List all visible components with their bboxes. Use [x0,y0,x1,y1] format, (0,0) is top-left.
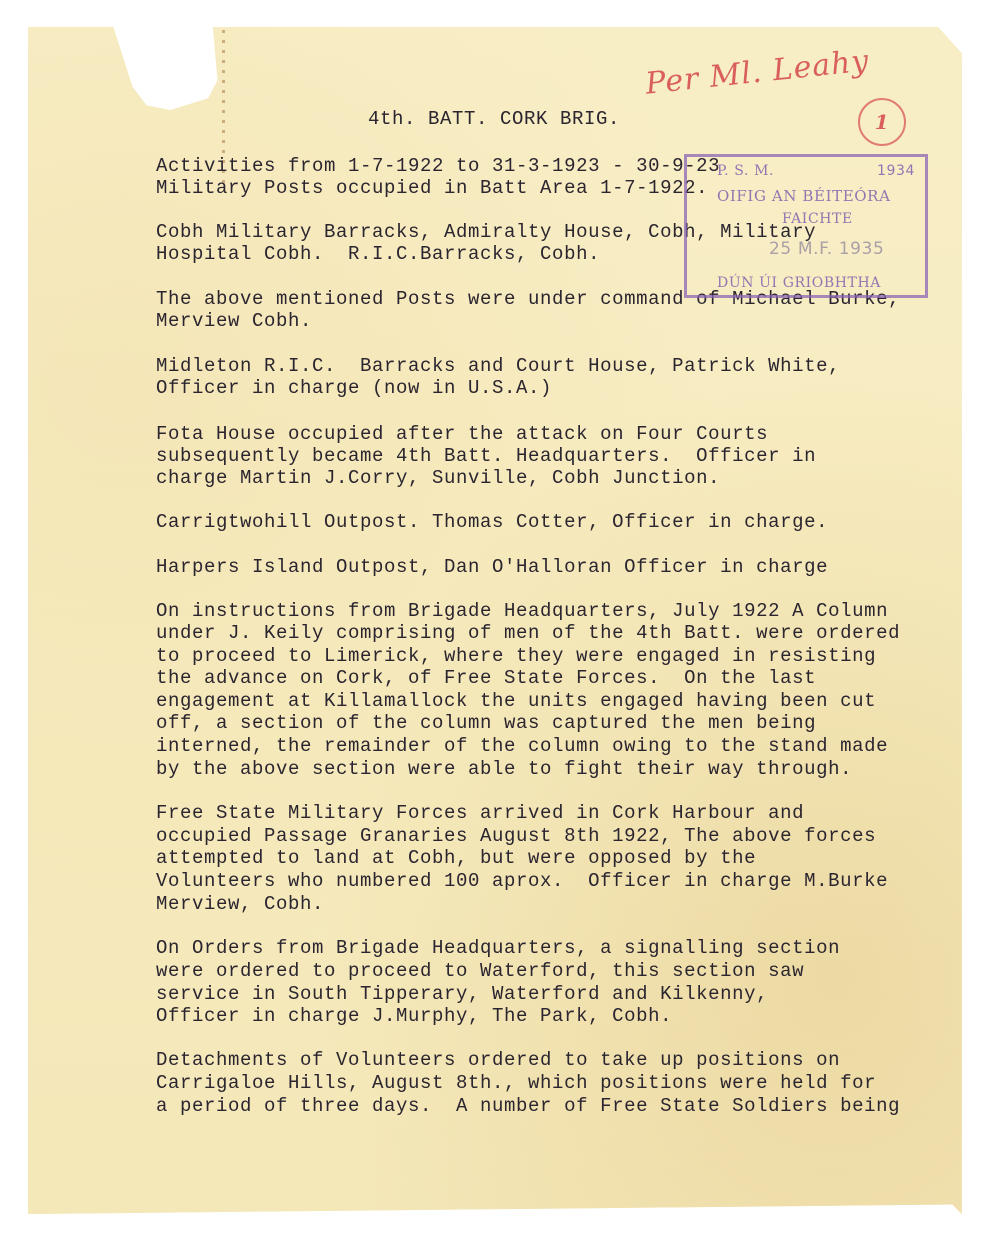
handwritten-annotation: Per Ml. Leahy [644,43,871,101]
stamp-date: 25 M.F. 1935 [769,239,884,259]
text-line: On instructions from Brigade Headquarter… [156,600,888,622]
stamp-line: OIFIG AN BÉITEÓRA [717,187,891,205]
text-line: Midleton R.I.C. Barracks and Court House… [156,355,840,377]
text-line: by the above section were able to fight … [156,758,852,780]
text-line: Activities from 1-7-1922 to 31-3-1923 - … [156,155,720,177]
stamp-line: DÚN ÚI GRIOBHTHA [717,275,881,291]
text-line: occupied Passage Granaries August 8th 19… [156,825,876,847]
text-line: Harpers Island Outpost, Dan O'Halloran O… [156,556,828,578]
stamp-year: 1934 [877,163,915,179]
text-line: Fota House occupied after the attack on … [156,423,768,445]
text-line: a period of three days. A number of Free… [156,1095,900,1117]
stamp-line: P. S. M. [717,163,774,179]
text-line: attempted to land at Cobh, but were oppo… [156,847,756,869]
document-title: 4th. BATT. CORK BRIG. [368,108,620,130]
text-line: charge Martin J.Corry, Sunville, Cobh Ju… [156,467,720,489]
text-line: Carrigtwohill Outpost. Thomas Cotter, Of… [156,511,828,533]
text-line: subsequently became 4th Batt. Headquarte… [156,445,816,467]
text-line: Volunteers who numbered 100 aprox. Offic… [156,870,888,892]
text-line: Merview, Cobh. [156,893,324,915]
text-line: Merview Cobh. [156,310,312,332]
text-line: Hospital Cobh. R.I.C.Barracks, Cobh. [156,243,600,265]
folio-number: 1 [858,98,906,146]
text-line: under J. Keily comprising of men of the … [156,622,900,644]
text-line: to proceed to Limerick, where they were … [156,645,876,667]
text-line: service in South Tipperary, Waterford an… [156,983,768,1005]
text-line: Free State Military Forces arrived in Co… [156,802,804,824]
text-line: were ordered to proceed to Waterford, th… [156,960,804,982]
text-line: Military Posts occupied in Batt Area 1-7… [156,177,708,199]
text-line: On Orders from Brigade Headquarters, a s… [156,937,840,959]
text-line: the advance on Cork, of Free State Force… [156,667,816,689]
stamp-line: FAICHTE [782,211,853,227]
text-line: Officer in charge J.Murphy, The Park, Co… [156,1005,672,1027]
text-line: off, a section of the column was capture… [156,712,816,734]
text-line: Detachments of Volunteers ordered to tak… [156,1049,840,1071]
text-line: Officer in charge (now in U.S.A.) [156,377,552,399]
received-stamp: P. S. M. 1934 OIFIG AN BÉITEÓRA FAICHTE … [684,154,928,298]
text-line: engagement at Killamallock the units eng… [156,690,876,712]
text-line: Carrigaloe Hills, August 8th., which pos… [156,1072,876,1094]
typed-document: Per Ml. Leahy 1 4th. BATT. CORK BRIG. Ac… [0,0,1000,1241]
text-line: interned, the remainder of the column ow… [156,735,888,757]
